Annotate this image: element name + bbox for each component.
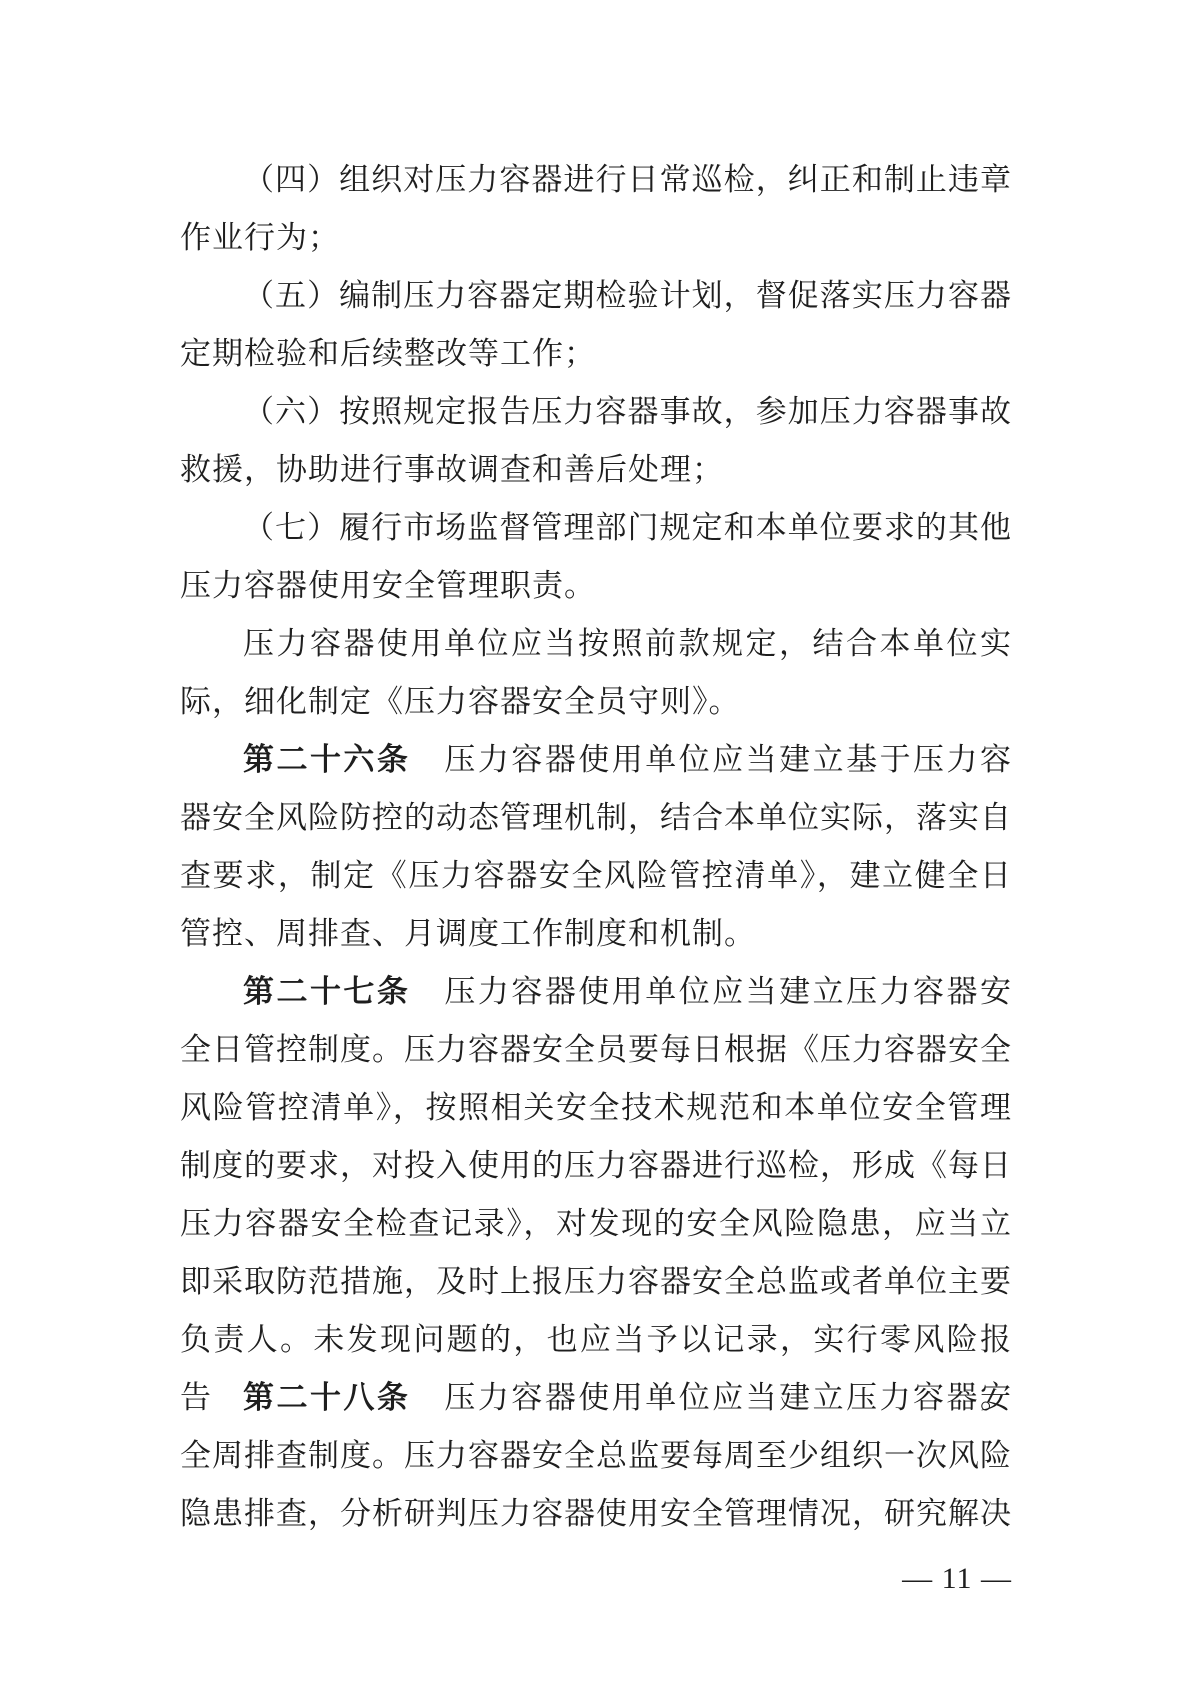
text-line: （五）编制压力容器定期检验计划，督促落实压力容器: [180, 267, 1012, 325]
text-segment: 管控、周排查、月调度工作制度和机制。: [180, 916, 756, 951]
text-segment: 压力容器使用单位应当按照前款规定，结合本单位实: [243, 626, 1012, 661]
text-line: 作业行为；: [180, 209, 1012, 267]
text-line: （四）组织对压力容器进行日常巡检，纠正和制止违章: [180, 151, 1012, 209]
document-page: （四）组织对压力容器进行日常巡检，纠正和制止违章作业行为；（五）编制压力容器定期…: [0, 0, 1190, 1683]
text-segment: 定期检验和后续整改等工作；: [180, 336, 596, 371]
text-line: 第二十六条压力容器使用单位应当建立基于压力容: [180, 731, 1012, 789]
text-segment: 压力容器使用单位应当建立基于压力容: [444, 742, 1012, 777]
text-segment: 风险管控清单》，按照相关安全技术规范和本单位安全管理: [180, 1090, 1012, 1125]
text-segment: 制度的要求，对投入使用的压力容器进行巡检，形成《每日: [180, 1148, 1012, 1183]
text-block: （四）组织对压力容器进行日常巡检，纠正和制止违章作业行为；（五）编制压力容器定期…: [180, 151, 1012, 1543]
text-line: 风险管控清单》，按照相关安全技术规范和本单位安全管理: [180, 1079, 1012, 1137]
article-number: 第二十六条: [243, 742, 410, 777]
text-line: 全周排查制度。压力容器安全总监要每周至少组织一次风险: [180, 1427, 1012, 1485]
text-segment: 压力容器使用单位应当建立压力容器安: [444, 1380, 1012, 1415]
text-line: 隐患排查，分析研判压力容器使用安全管理情况，研究解决: [180, 1485, 1012, 1543]
text-segment: 即采取防范措施，及时上报压力容器安全总监或者单位主要: [180, 1264, 1012, 1299]
text-line: 负责人。未发现问题的，也应当予以记录，实行零风险报告。: [180, 1311, 1012, 1369]
text-line: （六）按照规定报告压力容器事故，参加压力容器事故: [180, 383, 1012, 441]
text-line: 即采取防范措施，及时上报压力容器安全总监或者单位主要: [180, 1253, 1012, 1311]
text-segment: （七）履行市场监督管理部门规定和本单位要求的其他: [243, 510, 1012, 545]
text-line: 第二十七条压力容器使用单位应当建立压力容器安: [180, 963, 1012, 1021]
text-segment: 压力容器使用安全管理职责。: [180, 568, 596, 603]
text-segment: （四）组织对压力容器进行日常巡检，纠正和制止违章: [243, 162, 1012, 197]
page-number: — 11 —: [902, 1556, 1012, 1602]
text-line: 际，细化制定《压力容器安全员守则》。: [180, 673, 1012, 731]
text-segment: （五）编制压力容器定期检验计划，督促落实压力容器: [243, 278, 1012, 313]
text-line: 压力容器安全检查记录》，对发现的安全风险隐患，应当立: [180, 1195, 1012, 1253]
text-line: 制度的要求，对投入使用的压力容器进行巡检，形成《每日: [180, 1137, 1012, 1195]
text-segment: 器安全风险防控的动态管理机制，结合本单位实际，落实自: [180, 800, 1012, 835]
text-segment: 压力容器安全检查记录》，对发现的安全风险隐患，应当立: [180, 1206, 1012, 1241]
text-line: （七）履行市场监督管理部门规定和本单位要求的其他: [180, 499, 1012, 557]
text-line: 第二十八条压力容器使用单位应当建立压力容器安: [180, 1369, 1012, 1427]
text-line: 定期检验和后续整改等工作；: [180, 325, 1012, 383]
text-segment: 全周排查制度。压力容器安全总监要每周至少组织一次风险: [180, 1438, 1012, 1473]
text-line: 查要求，制定《压力容器安全风险管控清单》，建立健全日: [180, 847, 1012, 905]
text-line: 压力容器使用安全管理职责。: [180, 557, 1012, 615]
article-number: 第二十八条: [243, 1380, 410, 1415]
text-line: 全日管控制度。压力容器安全员要每日根据《压力容器安全: [180, 1021, 1012, 1079]
text-line: 压力容器使用单位应当按照前款规定，结合本单位实: [180, 615, 1012, 673]
text-segment: 查要求，制定《压力容器安全风险管控清单》，建立健全日: [180, 858, 1012, 893]
text-segment: 压力容器使用单位应当建立压力容器安: [444, 974, 1012, 1009]
text-segment: 隐患排查，分析研判压力容器使用安全管理情况，研究解决: [180, 1496, 1012, 1531]
text-segment: 际，细化制定《压力容器安全员守则》。: [180, 684, 741, 719]
article-number: 第二十七条: [243, 974, 410, 1009]
text-segment: （六）按照规定报告压力容器事故，参加压力容器事故: [243, 394, 1012, 429]
text-segment: 全日管控制度。压力容器安全员要每日根据《压力容器安全: [180, 1032, 1012, 1067]
text-segment: 救援，协助进行事故调查和善后处理；: [180, 452, 724, 487]
text-line: 管控、周排查、月调度工作制度和机制。: [180, 905, 1012, 963]
text-segment: 作业行为；: [180, 220, 340, 255]
text-line: 器安全风险防控的动态管理机制，结合本单位实际，落实自: [180, 789, 1012, 847]
text-line: 救援，协助进行事故调查和善后处理；: [180, 441, 1012, 499]
